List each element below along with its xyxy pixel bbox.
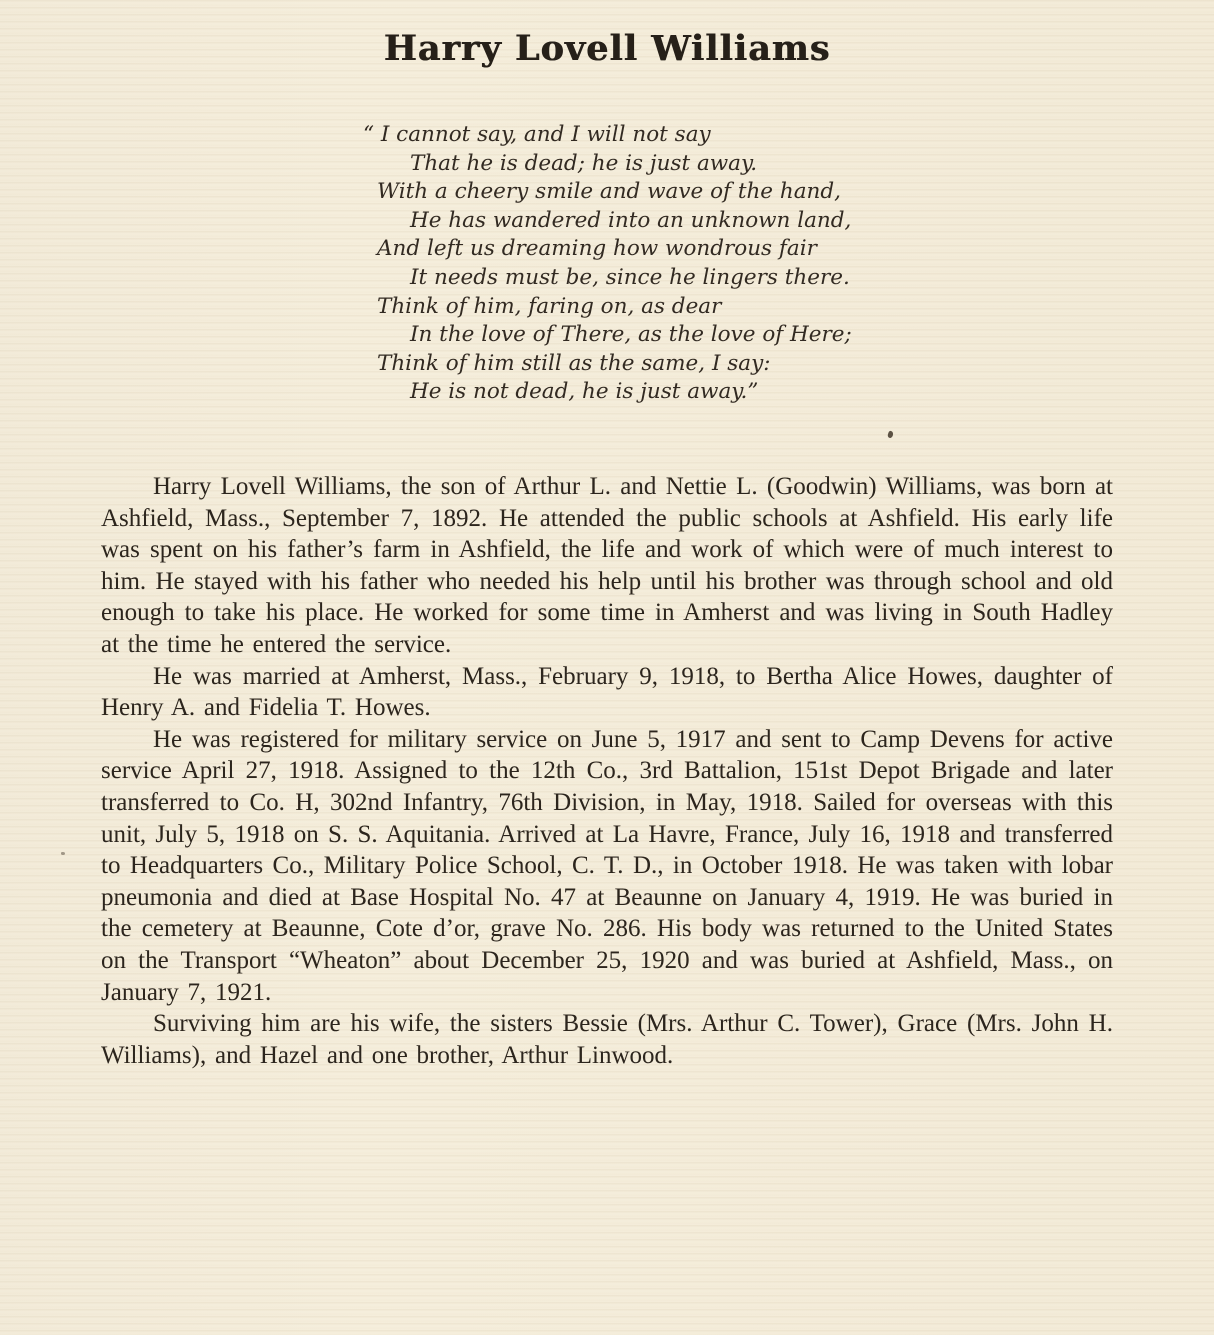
biography-text: Harry Lovell Williams, the son of Arthur… [101,471,1113,1071]
biography-paragraph: He was married at Amherst, Mass., Februa… [101,661,1113,724]
ink-speck [887,430,894,438]
book-page: Harry Lovell Williams “ I cannot say, an… [0,0,1214,1335]
poem-line: With a cheery smile and wave of the hand… [377,178,852,207]
memorial-poem: “ I cannot say, and I will not say That … [377,121,852,407]
poem-line: Think of him still as the same, I say: [377,350,852,379]
poem-line: He is not dead, he is just away.” [377,378,852,407]
biography-paragraph: Surviving him are his wife, the sisters … [101,1008,1113,1071]
biography-paragraph: He was registered for military service o… [101,724,1113,1008]
page-title: Harry Lovell Williams [0,28,1214,69]
ink-speck [61,852,65,855]
poem-line: Think of him, faring on, as dear [377,293,852,322]
poem-line: And left us dreaming how wondrous fair [377,235,852,264]
biography-paragraph: Harry Lovell Williams, the son of Arthur… [101,471,1113,661]
poem-line: In the love of There, as the love of Her… [377,321,852,350]
poem-line: “ I cannot say, and I will not say [377,121,852,150]
poem-line: That he is dead; he is just away. [377,150,852,179]
poem-line: He has wandered into an unknown land, [377,207,852,236]
poem-line: It needs must be, since he lingers there… [377,264,852,293]
